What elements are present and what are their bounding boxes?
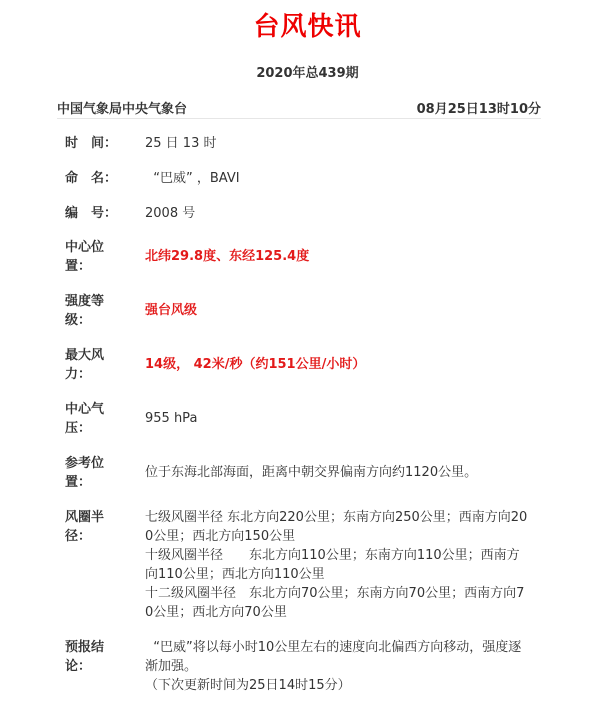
field-value: 955 hPa xyxy=(145,409,525,428)
issue-number: 2020年总439期 xyxy=(0,62,615,81)
field-label: 时 间： xyxy=(65,134,145,153)
field-label: 命 名： xyxy=(65,169,145,188)
field-label: 编 号： xyxy=(65,204,145,223)
field-value: “巴威”将以每小时10公里左右的速度向北偏西方向移动，强度逐 渐加强。 （下次更… xyxy=(145,638,525,695)
field-value: 2008 号 xyxy=(145,204,525,223)
field-label: 中心气压： xyxy=(65,400,113,438)
field-label: 预报结论： xyxy=(65,638,113,676)
meta-bar: 中国气象局中央气象台 08月25日13时10分 xyxy=(57,98,541,119)
field-label: 风圈半径： xyxy=(65,508,113,546)
field-value: 七级风圈半径 东北方向220公里；东南方向250公里；西南方向20 0公里；西北… xyxy=(145,508,525,622)
field-value: 强台风级 xyxy=(145,301,525,320)
field-label: 中心位置： xyxy=(65,238,113,276)
page-title: 台风快讯 xyxy=(0,6,615,43)
field-label: 最大风力： xyxy=(65,346,113,384)
organization: 中国气象局中央气象台 xyxy=(57,98,187,117)
field-value: 位于东海北部海面，距离中朝交界偏南方向约1120公里。 xyxy=(145,463,525,482)
field-value: 14级， 42米/秒（约151公里/小时） xyxy=(145,355,525,374)
issued-time: 08月25日13时10分 xyxy=(417,98,541,117)
field-value: 25 日 13 时 xyxy=(145,134,525,153)
field-value: 北纬29.8度、东经125.4度 xyxy=(145,247,525,266)
field-label: 参考位置： xyxy=(65,454,113,492)
field-value: “巴威” ，BAVI xyxy=(145,169,525,188)
field-label: 强度等级： xyxy=(65,292,113,330)
